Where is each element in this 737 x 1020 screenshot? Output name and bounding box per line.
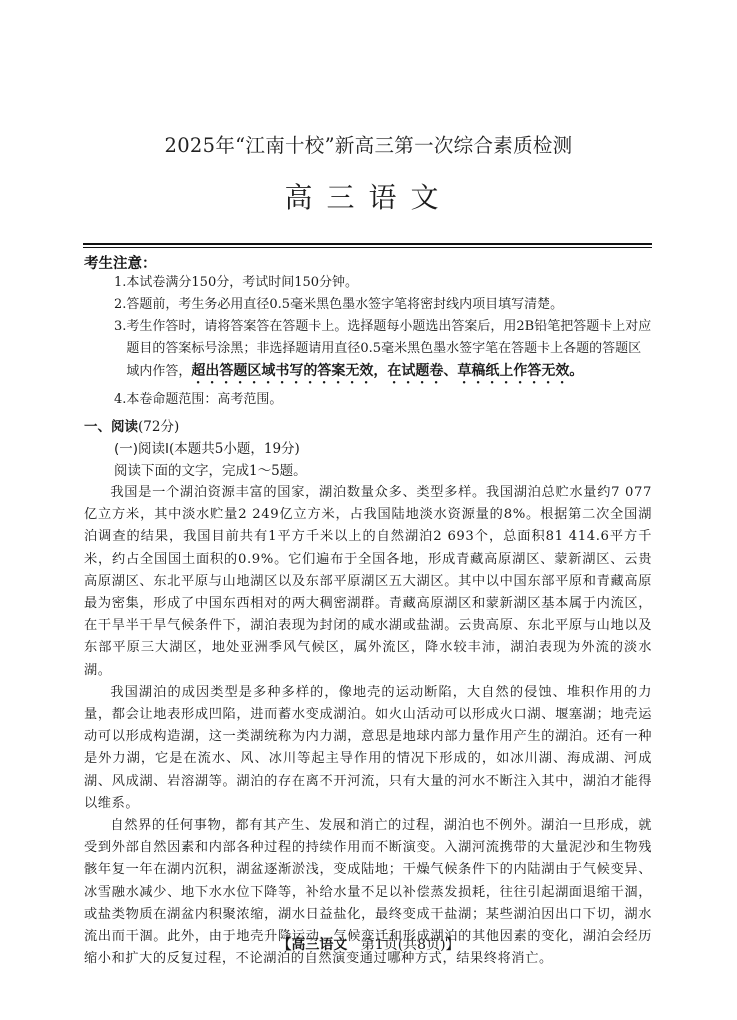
notice-text: 本试卷满分150分，考试时间150分钟。 [126, 275, 358, 290]
reading-instruction: 阅读下面的文字，完成1～5题。 [114, 459, 307, 479]
passage-paragraph: 我国是一个湖泊资源丰富的国家，湖泊数量众多、类型多样。我国湖泊总贮水量约7 07… [84, 482, 652, 682]
page-footer: 【高三语文 第1页(共8页)】 [0, 934, 737, 954]
section-score: (72分) [138, 419, 179, 435]
notice-text: 考生作答时，请将答案答在答题卡上。选择题每小题选出答案后，用2B铅笔把答题卡上对… [126, 316, 654, 387]
subsection-heading: (一)阅读Ⅰ(本题共5小题，19分) [114, 437, 300, 457]
notice-item-2: 2.答题前，考生务必用直径0.5毫米黑色墨水签字笔将密封线内项目填写清楚。 [114, 294, 654, 316]
reading-passage: 我国是一个湖泊资源丰富的国家，湖泊数量众多、类型多样。我国湖泊总贮水量约7 07… [84, 482, 652, 970]
notice-item-1: 1.本试卷满分150分，考试时间150分钟。 [114, 272, 654, 294]
footer-subject: 【高三语文 [277, 937, 347, 953]
notice-text: 答题前，考生务必用直径0.5毫米黑色墨水签字笔将密封线内项目填写清楚。 [126, 297, 563, 312]
subsection-title: (一)阅读Ⅰ [114, 441, 169, 457]
notice-num: 1. [114, 275, 126, 290]
notice-emphasis: 超出答题区域书写的答案无效，在试题卷、草稿纸上作答无效。 [191, 363, 583, 379]
notice-heading: 考生注意： [84, 252, 157, 273]
subsection-info: (本题共5小题，19分) [169, 441, 300, 457]
exam-title: 2025年“江南十校”新高三第一次综合素质检测 [0, 130, 737, 158]
section-heading: 一、阅读(72分) [84, 415, 179, 435]
notice-num: 4. [114, 392, 126, 407]
section-title: 一、阅读 [84, 419, 138, 435]
double-rule-divider [83, 243, 652, 248]
notice-item-4: 4.本卷命题范围：高考范围。 [114, 389, 654, 411]
notice-item-3: 3. 考生作答时，请将答案答在答题卡上。选择题每小题选出答案后，用2B铅笔把答题… [114, 316, 654, 387]
notice-text: 本卷命题范围：高考范围。 [126, 392, 282, 407]
passage-paragraph: 我国湖泊的成因类型是多种多样的，像地壳的运动断陷，大自然的侵蚀、堆积作用的力量，… [84, 682, 652, 815]
notice-list: 1.本试卷满分150分，考试时间150分钟。 2.答题前，考生务必用直径0.5毫… [114, 272, 654, 411]
footer-page-number: 第1页(共8页)】 [361, 937, 460, 953]
subject-title: 高三语文 [0, 176, 737, 216]
notice-num: 2. [114, 297, 126, 312]
exam-page: 2025年“江南十校”新高三第一次综合素质检测 高三语文 考生注意： 1.本试卷… [0, 0, 737, 1020]
notice-num: 3. [114, 316, 126, 387]
